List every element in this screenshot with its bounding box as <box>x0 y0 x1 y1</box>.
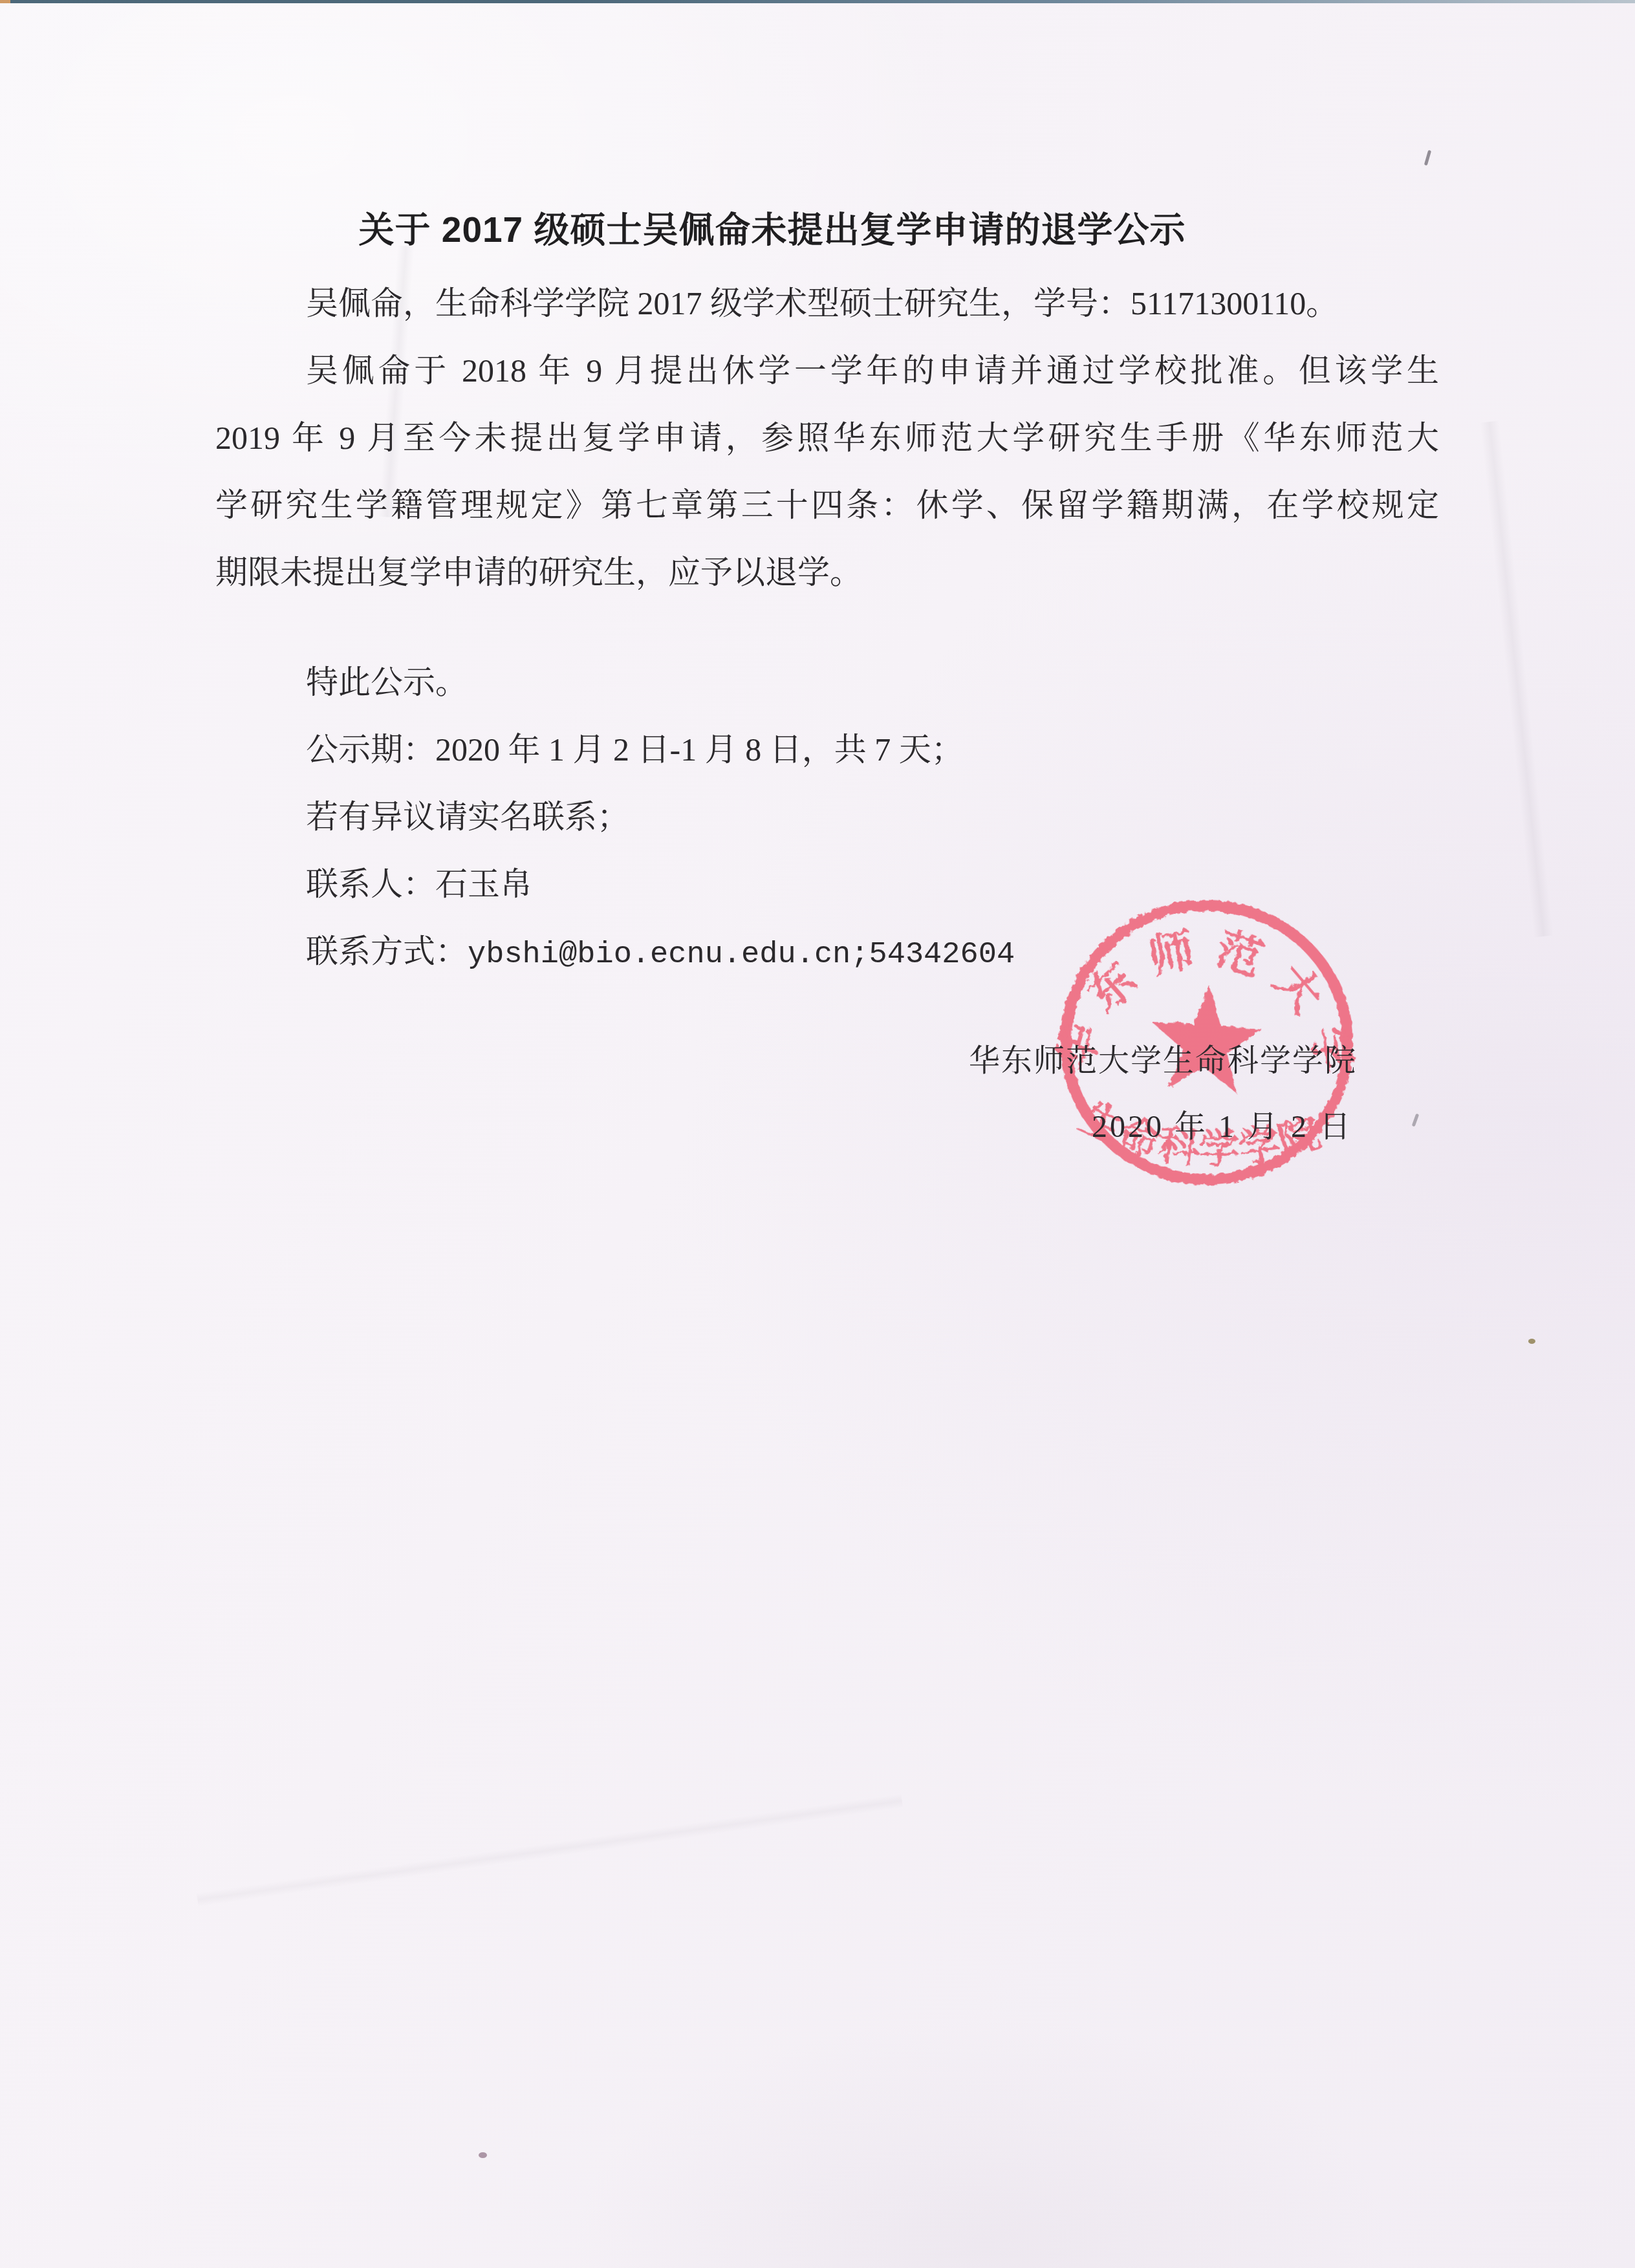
notice-period-line: 公示期：2020 年 1 月 2 日-1 月 8 日，共 7 天； <box>215 716 1439 783</box>
paper-crease <box>197 1794 903 1907</box>
signature-date: 2020 年 1 月 2 日 <box>1092 1101 1353 1146</box>
paragraph-line: 学研究生学籍管理规定》第七章第三十四条：休学、保留学籍期满，在学校规定 <box>215 471 1439 539</box>
scan-edge-artifact <box>0 0 1635 3</box>
paragraph-line: 期限未提出复学申请的研究生，应予以退学。 <box>215 539 1439 606</box>
paper-crease <box>1480 421 1553 938</box>
paragraph-line: 2019 年 9 月至今未提出复学申请，参照华东师范大学研究生手册《华东师范大 <box>215 404 1439 471</box>
signature-unit-name: 华东师范大学生命科学学院 <box>969 1035 1357 1080</box>
scan-speck <box>1528 1339 1535 1344</box>
document-body: 关于 2017 级硕士吴佩侖未提出复学申请的退学公示 吴佩侖，生命科学学院 20… <box>215 197 1439 989</box>
document-title: 关于 2017 级硕士吴佩侖未提出复学申请的退学公示 <box>215 197 1439 262</box>
scanned-document-page: 关于 2017 级硕士吴佩侖未提出复学申请的退学公示 吴佩侖，生命科学学院 20… <box>0 0 1635 2268</box>
scan-speck <box>1412 1114 1420 1127</box>
paragraph-withdrawal-details: 吴佩侖于 2018 年 9 月提出休学一学年的申请并通过学校批准。但该学生 20… <box>215 337 1439 606</box>
objection-line: 若有异议请实名联系； <box>215 783 1439 850</box>
scan-speck <box>1424 150 1431 166</box>
contact-method-value: ybshi@bio.ecnu.edu.cn;54342604 <box>468 938 1015 972</box>
contact-method-label: 联系方式： <box>306 933 468 969</box>
closing-statement: 特此公示。 <box>215 649 1439 716</box>
paragraph-line: 吴佩侖于 2018 年 9 月提出休学一学年的申请并通过学校批准。但该学生 <box>215 337 1439 404</box>
scan-speck <box>479 2152 487 2158</box>
paragraph-student-info: 吴佩侖，生命科学学院 2017 级学术型硕士研究生，学号：51171300110… <box>215 270 1439 337</box>
